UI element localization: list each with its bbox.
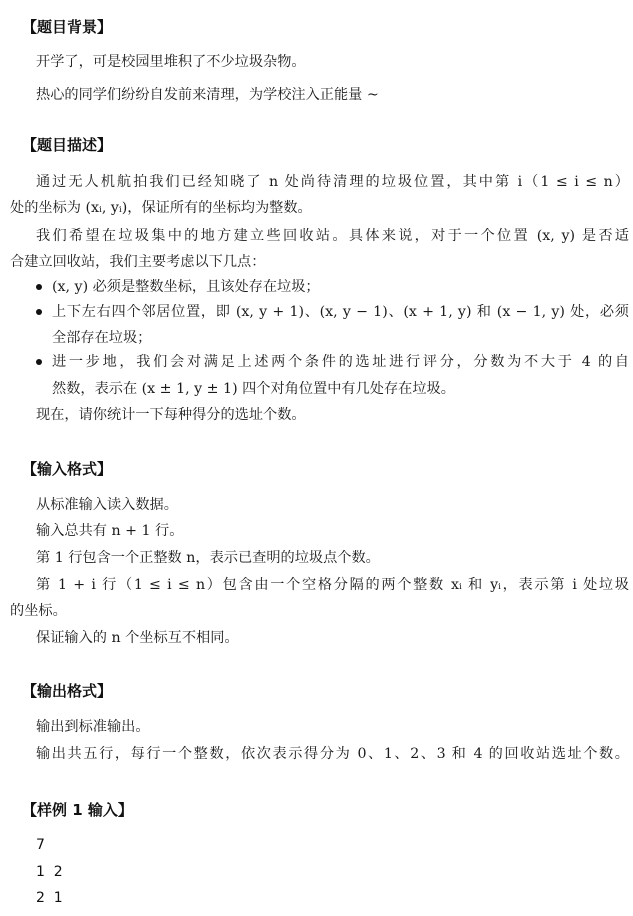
section-heading-sample-input-1: 【样例 1 输入】 [22,800,133,820]
background-line-1: 开学了，可是校园里堆积了不少垃圾杂物。 [36,52,306,72]
bullet-icon [36,309,42,315]
description-line-1: 通过无人机航拍我们已经知晓了 n 处尚待清理的垃圾位置，其中第 i（1 ≤ i … [36,172,629,192]
description-line-2: 处的坐标为 (xᵢ, yᵢ)，保证所有的坐标均为整数。 [10,198,312,218]
sample-input-line-2: 1 2 [36,862,63,882]
bullet-1-line-1: (x, y) 必须是整数坐标，且该处存在垃圾； [52,277,320,297]
background-line-2: 热心的同学们纷纷自发前来清理，为学校注入正能量 ~ [36,85,379,105]
bullet-icon [36,359,42,365]
description-closing: 现在，请你统计一下每种得分的选址个数。 [36,405,306,425]
description-line-3: 我们希望在垃圾集中的地方建立些回收站。具体来说，对于一个位置 (x, y) 是否… [36,226,629,246]
sample-input-line-3: 2 1 [36,888,63,908]
bullet-2-line-1: 上下左右四个邻居位置，即 (x, y + 1)、(x, y − 1)、(x + … [52,302,629,322]
bullet-icon [36,284,42,290]
section-heading-input-format: 【输入格式】 [22,459,112,479]
input-format-line-1: 从标准输入读入数据。 [36,495,178,515]
input-format-line-4: 第 1 + i 行（1 ≤ i ≤ n）包含由一个空格分隔的两个整数 xᵢ 和 … [36,575,629,595]
section-heading-output-format: 【输出格式】 [22,681,112,701]
input-format-line-3: 第 1 行包含一个正整数 n，表示已查明的垃圾点个数。 [36,548,380,568]
input-format-line-2: 输入总共有 n + 1 行。 [36,521,183,541]
sample-input-line-1: 7 [36,835,45,855]
bullet-3-line-2: 然数，表示在 (x ± 1, y ± 1) 四个对角位置中有几处存在垃圾。 [52,379,455,399]
output-format-line-2: 输出共五行，每行一个整数，依次表示得分为 0、1、2、3 和 4 的回收站选址个… [36,744,629,764]
description-line-4: 合建立回收站，我们主要考虑以下几点： [10,252,265,272]
problem-statement-page: 【题目背景】 开学了，可是校园里堆积了不少垃圾杂物。 热心的同学们纷纷自发前来清… [0,0,633,916]
section-heading-background: 【题目背景】 [22,17,112,37]
section-heading-description: 【题目描述】 [22,135,112,155]
bullet-2-line-2: 全部存在垃圾； [52,328,151,348]
output-format-line-1: 输出到标准输出。 [36,717,150,737]
input-format-line-5: 的坐标。 [10,601,67,621]
input-format-line-6: 保证输入的 n 个坐标互不相同。 [36,628,239,648]
bullet-3-line-1: 进一步地，我们会对满足上述两个条件的选址进行评分，分数为不大于 4 的自 [52,352,629,372]
